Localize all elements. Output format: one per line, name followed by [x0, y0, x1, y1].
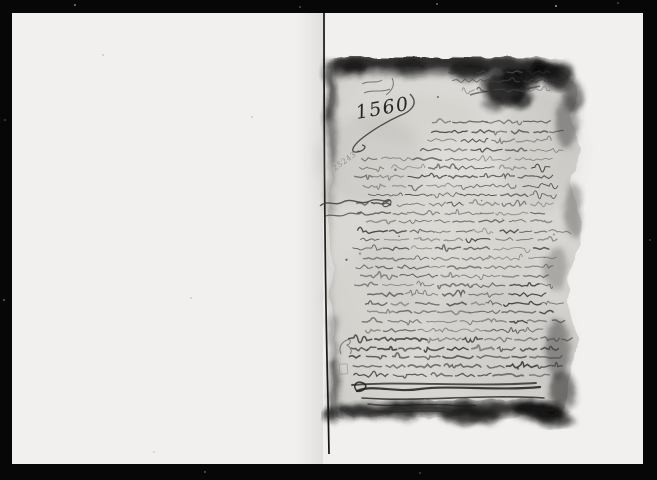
spine-shadow [296, 13, 323, 464]
scan-viewport: 1560 25243 [0, 0, 657, 480]
manuscript-page: 1560 25243 [315, 56, 584, 427]
scanned-document-image: 1560 25243 [0, 0, 657, 480]
